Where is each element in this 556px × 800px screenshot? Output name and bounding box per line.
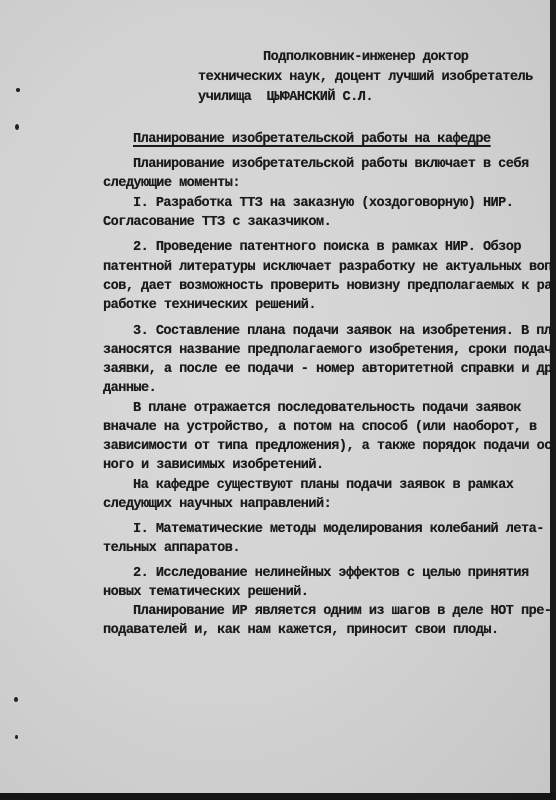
hole-punch-mark [15,735,18,739]
body-line: I. Разработка ТТЗ на заказную (хоздогово… [133,196,513,212]
body-line: подавателей и, как нам кажется, приносит… [103,623,499,639]
body-line: I. Математические методы моделирования к… [133,522,544,538]
body-line: следующих научных направлений: [103,497,331,513]
header-line: Подполковник-инженер доктор [263,50,468,66]
scan-border-right [550,0,556,800]
body-line: 2. Исследование нелинейных эффектов с це… [133,566,529,582]
body-line: новых тематических решений. [103,585,308,601]
body-line: Планирование ИР является одним из шагов … [133,604,551,620]
body-line: Планирование изобретательской работы вкл… [133,157,529,173]
body-line: работке технических решений. [103,298,316,314]
body-line: 2. Проведение патентного поиска в рамках… [133,240,521,256]
body-line: 3. Составление плана подачи заявок на из… [133,324,556,340]
document-title: Планирование изобретательской работы на … [133,132,491,148]
body-line: На кафедре существуют планы подачи заяво… [133,478,513,494]
hole-punch-mark [16,88,20,92]
body-line: следующие моменты: [103,176,240,192]
body-line: зависимости от типа предложения), а такж… [103,439,556,455]
body-line: В плане отражается последовательность по… [133,401,521,417]
header-line: училища ЦЫФАНСКИЙ С.Л. [198,90,373,106]
body-line: данные. [103,381,156,397]
header-line: технических наук, доцент лучший изобрета… [198,70,533,86]
body-line: заносятся название предполагаемого изобр… [103,343,556,359]
hole-punch-mark [14,697,18,702]
body-line: заявки, а после ее подачи - номер автори… [103,362,556,378]
body-line: сов, дает возможность проверить новизну … [103,279,556,295]
body-line: патентной литературы исключает разработк… [103,260,556,276]
body-line: Согласование ТТЗ с заказчиком. [103,215,331,231]
hole-punch-mark [15,124,19,130]
body-line: ного и зависимых изобретений. [103,458,324,474]
document-page: Подполковник-инженер доктор технических … [0,0,550,793]
scan-border-bottom [0,793,556,800]
body-line: тельных аппаратов. [103,541,240,557]
body-line: вначале на устройство, а потом на способ… [103,420,537,436]
